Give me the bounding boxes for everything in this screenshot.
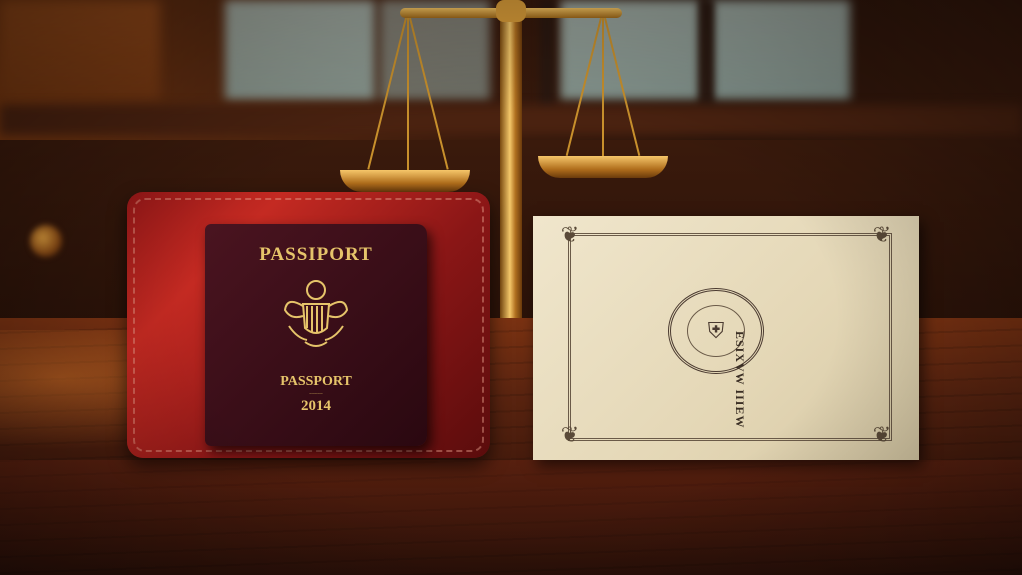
corner-ornament-icon: ❦ xyxy=(869,222,895,248)
scale-pan-right xyxy=(538,156,668,178)
corner-ornament-icon: ❦ xyxy=(869,422,895,448)
cabinet-panel xyxy=(0,0,160,100)
scale-chain xyxy=(602,18,604,158)
corner-ornament-icon: ❦ xyxy=(557,222,583,248)
passport-title: PASSIPORT xyxy=(205,244,427,266)
desk-reflection xyxy=(0,460,1022,575)
scale-chain xyxy=(407,18,409,172)
passport: PASSIPORT PASSPORT ~~~~~ 2014 xyxy=(205,224,427,446)
scale-pole xyxy=(500,15,522,365)
seal-icon: ⛨ xyxy=(668,288,764,374)
eagle-emblem-icon xyxy=(281,276,351,356)
window-pane xyxy=(225,0,375,100)
cabinet-knob xyxy=(30,225,62,257)
passport-subtitle: PASSPORT xyxy=(205,374,427,390)
scale-finial xyxy=(496,0,526,22)
certificate: ❦ ❦ ❦ ❦ ⛨ ESIXVW IIIEW xyxy=(533,216,919,460)
passport-small-text: ~~~~~ xyxy=(205,392,427,397)
corner-ornament-icon: ❦ xyxy=(557,422,583,448)
passport-year: 2014 xyxy=(205,398,427,415)
scene: PASSIPORT PASSPORT ~~~~~ 2014 ❦ ❦ ❦ ❦ ⛨ … xyxy=(0,0,1022,575)
scale-pan-left xyxy=(340,170,470,192)
certificate-rotated-text: ESIXVW IIIEW xyxy=(732,331,747,428)
window-pane xyxy=(710,0,850,100)
window-frame xyxy=(700,0,714,110)
